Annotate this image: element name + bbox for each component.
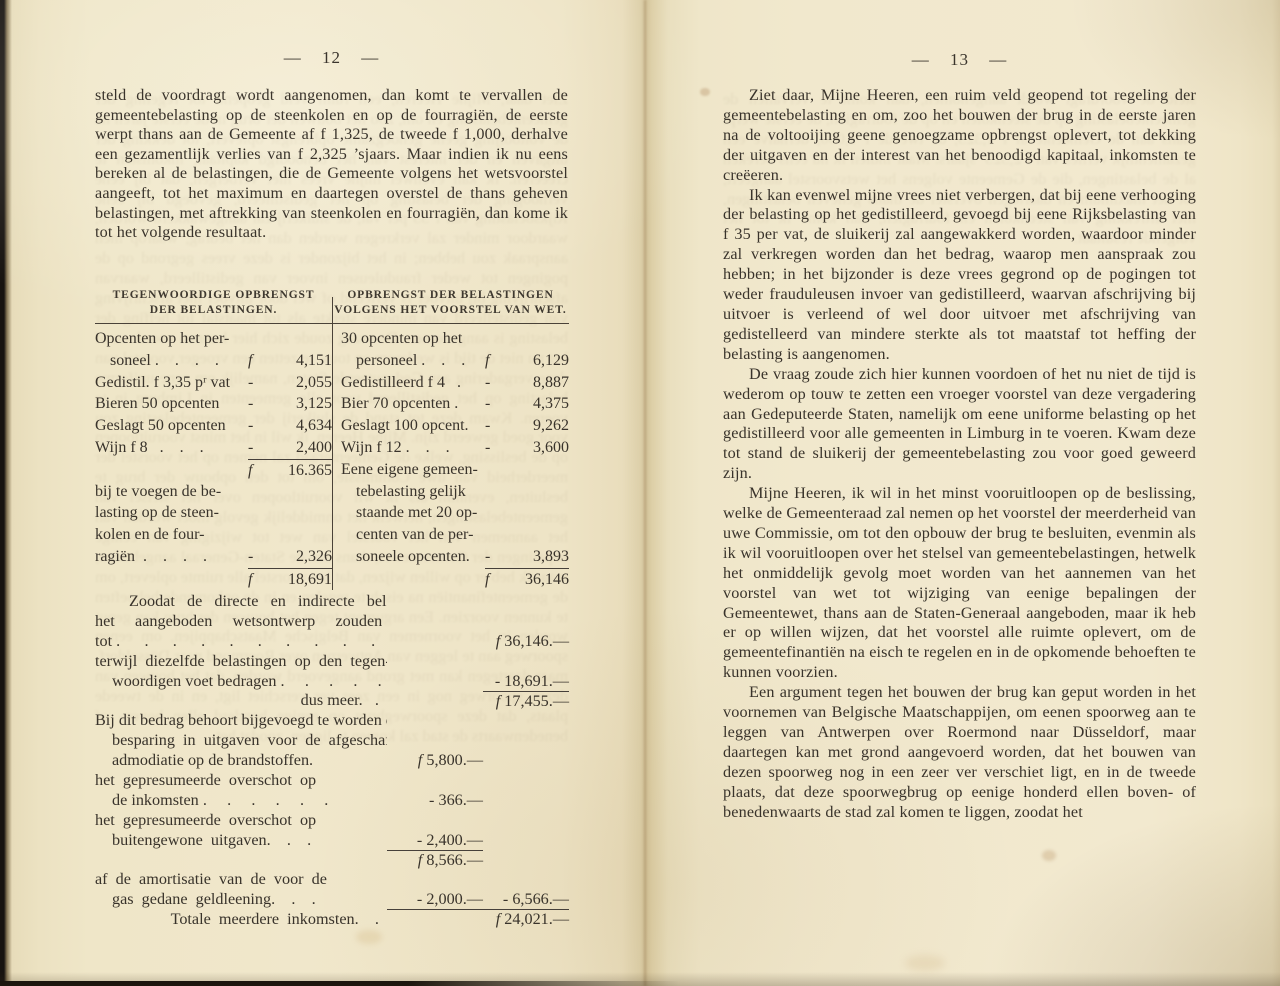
row-amount-group: -9,262 [485, 415, 569, 437]
row-amount [264, 328, 332, 350]
summary-line: Bij dit bedrag behoort bijgevoegd te wor… [95, 711, 569, 731]
summary-line: buitengewone uitgaven. . .- 2,400.— [95, 831, 569, 851]
summary-amount-inner: f 5,800.— [387, 751, 483, 771]
summary-amount-outer: f 36,146.— [483, 632, 569, 652]
row-amount-group: -3,125 [248, 393, 332, 415]
paragraph: Ziet daar, Mijne Heeren, een ruim veld g… [723, 86, 1196, 186]
table-row: Bier 70 opcenten .-4,375 [341, 393, 569, 415]
row-label: soneel . . . . [95, 350, 248, 372]
row-amount [264, 502, 332, 524]
summary-line: het gepresumeerde overschot op [95, 811, 569, 831]
currency-mark [485, 481, 501, 503]
summary-amount-inner: - 2,000.— [387, 890, 483, 910]
row-amount-group [485, 502, 569, 524]
summary-label: besparing in uitgaven voor de afgeschaft… [95, 731, 387, 751]
summary-label: gas gedane geldleening. . . [95, 890, 387, 910]
row-amount: 2,326 [264, 546, 332, 568]
row-amount-group [248, 328, 332, 350]
paragraph: Mijne Heeren, ik wil in het minst voorui… [723, 484, 1196, 683]
row-amount [501, 502, 569, 524]
row-label: Bieren 50 opcenten [95, 393, 248, 415]
currency-mark: - [485, 546, 501, 568]
paragraph: De vraag zoude zich hier kunnen voordoen… [723, 365, 1196, 484]
header-line: VOLGENS HET VOORSTEL VAN WET. [332, 303, 569, 318]
column-current-revenue: Opcenten op het per-soneel . . . .f4,151… [95, 324, 332, 590]
intro-paragraph: steld de voordragt wordt aangenomen, dan… [95, 86, 568, 243]
summary-amount-outer: f 17,455.— [483, 691, 569, 711]
row-amount-group: -4,375 [485, 393, 569, 415]
currency-mark [248, 481, 264, 503]
summary-amount-inner [387, 672, 483, 692]
currency-mark: - [248, 372, 264, 394]
table-row: ragiën . . . .-2,326 [95, 546, 332, 568]
summary-label: tot . . . . . . . . . . . [95, 632, 387, 652]
summary-amount-outer [483, 831, 569, 851]
summary-calculation: Zoodat de directe en indirecte belasting… [95, 592, 569, 930]
row-label: lasting op de steen- [95, 502, 248, 524]
summary-label: Totale meerdere inkomsten. . [95, 910, 387, 930]
summary-line: het gepresumeerde overschot op [95, 771, 569, 791]
summary-label: admodiatie op de brandstoffen. [95, 751, 387, 771]
summary-line: terwijl diezelfde belastingen op den teg… [95, 652, 569, 672]
summary-amount-inner [387, 870, 483, 890]
summary-amount-inner [387, 811, 483, 831]
table-row: f18,691 [95, 568, 332, 590]
row-amount: 3,893 [501, 546, 569, 568]
row-amount-group: -8,887 [485, 372, 569, 394]
summary-line: af de amortisatie van de voor de [95, 870, 569, 890]
table-row: Wijn f 12 . . .-3,600 [341, 437, 569, 459]
table-row: Gedistilleerd f 4 .-8,887 [341, 372, 569, 394]
scan-edge-shadow [0, 972, 1280, 986]
row-amount: 4,375 [501, 393, 569, 415]
summary-line: gas gedane geldleening. . .- 2,000.—- 6,… [95, 890, 569, 910]
summary-label: Bij dit bedrag behoort bijgevoegd te wor… [95, 711, 387, 731]
column-divider [332, 297, 333, 590]
currency-mark: f [248, 350, 264, 372]
foxing-spot [905, 955, 945, 971]
row-label: 30 opcenten op het [341, 328, 485, 350]
currency-mark: - [485, 437, 501, 459]
currency-mark: - [485, 393, 501, 415]
summary-line: de inkomsten . . . . . .- 366.— [95, 791, 569, 811]
book-scan: Ziet daar, Mijne Heeren, een ruim veld g… [0, 0, 1280, 986]
row-amount-group: f16.365 [248, 459, 332, 481]
currency-mark: - [248, 415, 264, 437]
row-amount [501, 524, 569, 546]
summary-line: besparing in uitgaven voor de afgeschaft… [95, 731, 569, 751]
summary-amount-inner [387, 731, 483, 751]
row-amount [264, 481, 332, 503]
currency-mark [485, 328, 501, 350]
row-label: Wijn f 8 . . . [95, 437, 248, 459]
table-header-proposed: OPBRENGST DER BELASTINGEN VOLGENS HET VO… [332, 288, 569, 318]
summary-amount-outer [483, 652, 569, 672]
currency-mark: - [485, 372, 501, 394]
row-amount-group: -2,055 [248, 372, 332, 394]
table-row: Wijn f 8 . . .-2,400 [95, 437, 332, 459]
table-row: Gedistil. f 3,35 pʳ vat-2,055 [95, 372, 332, 394]
row-amount: 4,151 [264, 350, 332, 372]
currency-mark [248, 524, 264, 546]
summary-label: woordigen voet bedragen . . . . . [95, 672, 387, 692]
row-label: Geslagt 100 opcent. [341, 415, 485, 437]
row-amount-group: f6,129 [485, 350, 569, 372]
table-row: Opcenten op het per- [95, 328, 332, 350]
paragraph: Een argument tegen het bouwen der brug k… [723, 683, 1196, 822]
row-label: soneele opcenten. [341, 546, 485, 568]
row-amount: 9,262 [501, 415, 569, 437]
row-label: personeel . . . [341, 350, 485, 372]
summary-label: het gepresumeerde overschot op [95, 771, 387, 791]
row-amount [501, 459, 569, 481]
row-amount-group [485, 328, 569, 350]
row-amount: 18,691 [264, 569, 332, 590]
row-amount-group [248, 524, 332, 546]
summary-amount-outer [483, 791, 569, 811]
header-line: DER BELASTINGEN. [95, 303, 332, 318]
summary-line: tot . . . . . . . . . . .f 36,146.— [95, 632, 569, 652]
tax-revenue-table: TEGENWOORDIGE OPBRENGST DER BELASTINGEN.… [95, 288, 569, 590]
row-amount [501, 328, 569, 350]
row-amount-group: -3,600 [485, 437, 569, 459]
row-label: tebelasting gelijk [341, 481, 485, 503]
summary-label: de inkomsten . . . . . . [95, 791, 387, 811]
row-amount: 8,887 [501, 372, 569, 394]
summary-line: f 8,566.— [95, 851, 569, 871]
summary-label: terwijl diezelfde belastingen op den teg… [95, 652, 387, 672]
row-amount-group [485, 459, 569, 481]
summary-line: Totale meerdere inkomsten. . f 24,021.— [95, 910, 569, 930]
summary-amount-inner [387, 691, 483, 711]
row-label: Eene eigene gemeen- [341, 459, 485, 481]
row-amount-group: f36,146 [485, 568, 569, 590]
row-label: Gedistilleerd f 4 . [341, 372, 485, 394]
row-label: Opcenten op het per- [95, 328, 248, 350]
row-label [95, 568, 248, 590]
summary-label: het aangeboden wetsontwerp zouden kunnen… [95, 612, 387, 632]
summary-line: dus meer. . f 17,455.— [95, 691, 569, 711]
body-text: Ziet daar, Mijne Heeren, een ruim veld g… [723, 86, 1196, 823]
foxing-spot [1042, 850, 1056, 861]
summary-amount-inner: - 2,400.— [387, 831, 483, 851]
currency-mark [248, 502, 264, 524]
table-row: f16.365 [95, 459, 332, 481]
summary-amount-inner [387, 771, 483, 791]
summary-label [95, 851, 387, 871]
row-label: Wijn f 12 . . . [341, 437, 485, 459]
table-header-current: TEGENWOORDIGE OPBRENGST DER BELASTINGEN. [95, 288, 332, 318]
paragraph: Ik kan evenwel mijne vrees niet verberge… [723, 186, 1196, 365]
column-proposed-revenue: 30 opcenten op hetpersoneel . . .f6,129G… [332, 324, 569, 590]
row-label: Geslagt 50 opcenten [95, 415, 248, 437]
summary-amount-inner: f 8,566.— [387, 851, 483, 871]
summary-amount-outer: - 18,691.— [483, 672, 569, 692]
row-amount: 4,634 [264, 415, 332, 437]
page-number-left: — 12 — [95, 48, 568, 68]
summary-amount-outer [483, 612, 569, 632]
row-amount: 16.365 [264, 460, 332, 481]
table-row: Geslagt 100 opcent.-9,262 [341, 415, 569, 437]
foxing-spot [700, 88, 710, 96]
row-amount: 6,129 [501, 350, 569, 372]
row-amount-group: f18,691 [248, 568, 332, 590]
summary-amount-inner [387, 592, 483, 612]
row-label: Gedistil. f 3,35 pʳ vat [95, 372, 248, 394]
row-label: bij te voegen de be- [95, 481, 248, 503]
summary-line: Zoodat de directe en indirecte belasting… [95, 592, 569, 612]
currency-mark: f [248, 460, 264, 481]
row-amount-group [248, 502, 332, 524]
row-amount-group: -2,326 [248, 546, 332, 568]
row-amount-group [248, 481, 332, 503]
table-row: soneel . . . .f4,151 [95, 350, 332, 372]
summary-amount-outer [483, 870, 569, 890]
row-amount-group: -3,893 [485, 546, 569, 568]
summary-label: het gepresumeerde overschot op [95, 811, 387, 831]
currency-mark: - [248, 437, 264, 459]
row-amount-group [485, 481, 569, 503]
row-label: centen van de per- [341, 524, 485, 546]
summary-amount-outer [483, 851, 569, 871]
table-row: personeel . . .f6,129 [341, 350, 569, 372]
summary-amount-inner [387, 632, 483, 652]
foxing-spot [356, 930, 382, 944]
row-label: ragiën . . . . [95, 546, 248, 568]
row-label: staande met 20 op- [341, 502, 485, 524]
summary-label: buitengewone uitgaven. . . [95, 831, 387, 851]
summary-line: het aangeboden wetsontwerp zouden kunnen… [95, 612, 569, 632]
summary-amount-outer [483, 731, 569, 751]
row-amount: 3,600 [501, 437, 569, 459]
row-amount [264, 524, 332, 546]
row-amount: 2,400 [264, 437, 332, 459]
row-amount-group: -2,400 [248, 437, 332, 459]
row-label [95, 459, 248, 481]
table-row: staande met 20 op- [341, 502, 569, 524]
currency-mark: - [485, 415, 501, 437]
summary-amount-inner [387, 612, 483, 632]
summary-amount-inner [387, 711, 483, 731]
header-line: TEGENWOORDIGE OPBRENGST [95, 288, 332, 303]
currency-mark [248, 328, 264, 350]
summary-amount-outer [483, 771, 569, 791]
row-amount: 36,146 [501, 569, 569, 590]
table-row: Eene eigene gemeen- [341, 459, 569, 481]
summary-amount-outer [483, 751, 569, 771]
row-amount: 2,055 [264, 372, 332, 394]
currency-mark: f [248, 569, 264, 590]
table-row: Bieren 50 opcenten-3,125 [95, 393, 332, 415]
table-row: bij te voegen de be- [95, 481, 332, 503]
row-amount-group: -4,634 [248, 415, 332, 437]
row-label: Bier 70 opcenten . [341, 393, 485, 415]
table-row: centen van de per- [341, 524, 569, 546]
summary-amount-outer [483, 592, 569, 612]
row-amount: 3,125 [264, 393, 332, 415]
table-body: Opcenten op het per-soneel . . . .f4,151… [95, 324, 569, 590]
table-row: tebelasting gelijk [341, 481, 569, 503]
summary-amount-outer [483, 711, 569, 731]
currency-mark: - [248, 546, 264, 568]
row-amount-group [485, 524, 569, 546]
table-row: lasting op de steen- [95, 502, 332, 524]
row-label: kolen en de four- [95, 524, 248, 546]
summary-amount-inner [387, 910, 483, 930]
summary-label: dus meer. . [95, 691, 387, 711]
table-row: kolen en de four- [95, 524, 332, 546]
summary-label: af de amortisatie van de voor de [95, 870, 387, 890]
row-amount-group: f4,151 [248, 350, 332, 372]
header-line: OPBRENGST DER BELASTINGEN [332, 288, 569, 303]
summary-amount-inner: - 366.— [387, 791, 483, 811]
table-row: Geslagt 50 opcenten-4,634 [95, 415, 332, 437]
currency-mark: f [485, 569, 501, 590]
summary-amount-inner [387, 652, 483, 672]
summary-line: woordigen voet bedragen . . . . .- 18,69… [95, 672, 569, 692]
page-number-right: — 13 — [723, 50, 1196, 70]
table-row: f36,146 [341, 568, 569, 590]
summary-amount-outer: f 24,021.— [483, 910, 569, 930]
gutter-crease [644, 0, 646, 986]
summary-line: admodiatie op de brandstoffen.f 5,800.— [95, 751, 569, 771]
summary-amount-outer: - 6,566.— [483, 890, 569, 910]
summary-amount-outer [483, 811, 569, 831]
currency-mark: f [485, 350, 501, 372]
row-label [341, 568, 485, 590]
row-amount [501, 481, 569, 503]
table-row: soneele opcenten.-3,893 [341, 546, 569, 568]
currency-mark [485, 459, 501, 481]
currency-mark [485, 502, 501, 524]
currency-mark: - [248, 393, 264, 415]
summary-label: Zoodat de directe en indirecte belasting… [95, 592, 387, 612]
currency-mark [485, 524, 501, 546]
table-row: 30 opcenten op het [341, 328, 569, 350]
